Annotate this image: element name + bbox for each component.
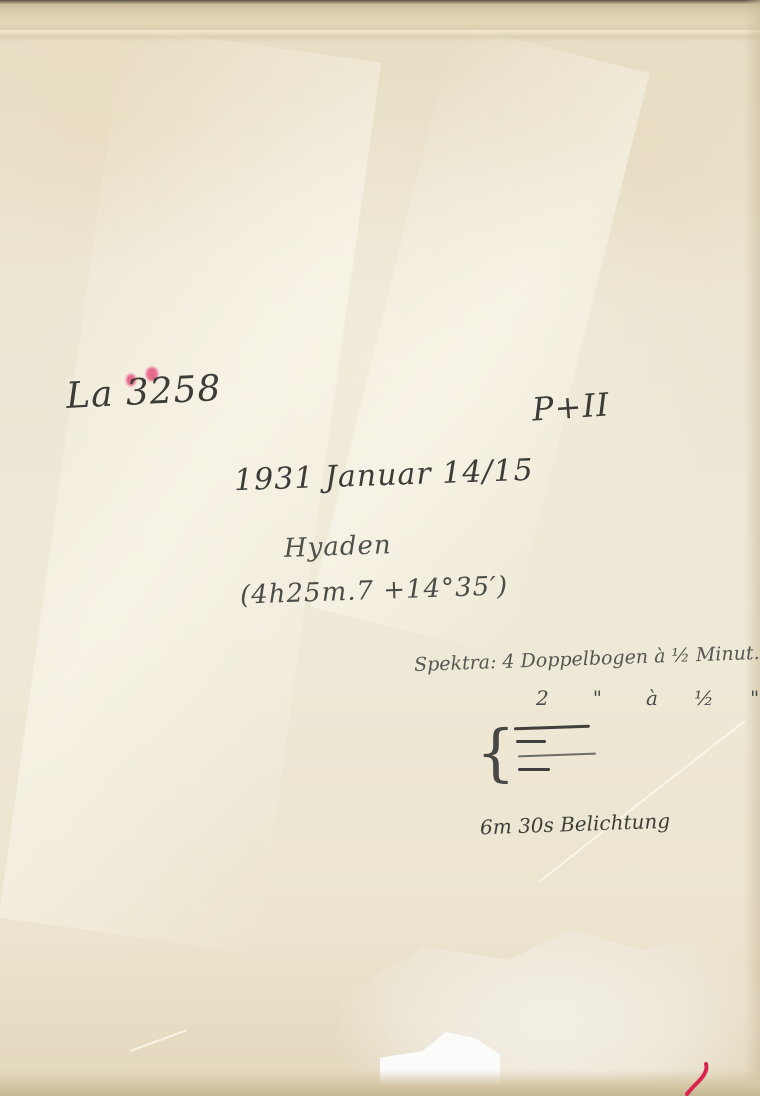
red-ink-mark	[684, 1062, 714, 1096]
spectrum-sketch-line	[518, 753, 596, 758]
envelope-bottom-edge	[0, 1070, 760, 1096]
spectrum-sketch-line	[516, 740, 546, 743]
paper-crease	[539, 720, 745, 882]
spectra-note-line1: Spektra: 4 Doppelbogen à ½ Minut.	[414, 642, 760, 676]
spectrum-sketch-line	[518, 768, 550, 771]
spectrum-sketch-line	[514, 725, 590, 731]
envelope-top-fold	[0, 0, 760, 36]
curly-brace-sketch: {	[476, 722, 515, 784]
paper-crease	[130, 1030, 187, 1052]
spectra-note-line2: 2"à ½ "	[536, 686, 760, 710]
observation-date: 1931 Januar 14/15	[233, 453, 534, 498]
object-name: Hyaden	[284, 530, 393, 564]
spectra-duration: à ½ "	[646, 686, 759, 710]
exposure-time: 6m 30s Belichtung	[480, 809, 671, 840]
plate-type: P+II	[531, 385, 611, 428]
envelope-scan: La 3258 P+II 1931 Januar 14/15 Hyaden (4…	[0, 0, 760, 1096]
object-coordinates: (4h25m.7 +14°35′)	[240, 571, 509, 610]
catalog-number: La 3258	[65, 368, 222, 417]
spectra-count: 2	[536, 686, 549, 710]
ditto-mark: "	[593, 686, 602, 710]
